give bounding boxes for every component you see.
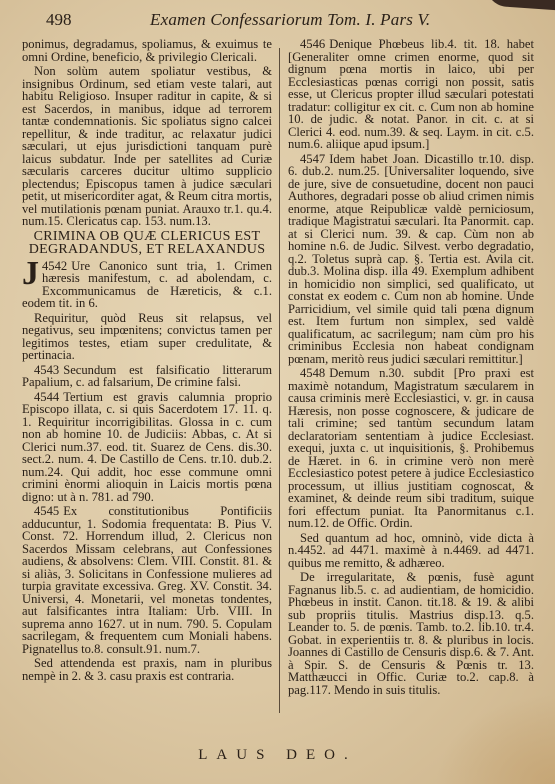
running-title: Examen Confessariorum Tom. I. Pars V.: [150, 10, 430, 30]
numbered-section-4544: 4544Tertium est gravis calumnia proprio …: [22, 391, 272, 504]
page-header: 498 Examen Confessariorum Tom. I. Pars V…: [0, 6, 555, 36]
section-text: Idem habet Joan. Dicastillo tr.10. disp.…: [288, 152, 534, 366]
page-number: 498: [46, 10, 72, 30]
paragraph: ponimus, degradamus, spoliamus, & exuimu…: [22, 38, 272, 63]
numbered-section-4543: 4543Secundum est falsificatio litterarum…: [22, 364, 272, 389]
section-text: Secundum est falsificatio litterarum Pap…: [22, 363, 272, 390]
section-text: Denique Phœbeus lib.4. tit. 18. habet [G…: [288, 37, 534, 151]
closing-text: LAUS DEO.: [0, 747, 555, 764]
numbered-section-4547: 4547Idem habet Joan. Dicastillo tr.10. d…: [288, 153, 534, 366]
section-heading: CRIMINA OB QUÆ CLERICUS EST DEGRADANDUS,…: [22, 230, 272, 256]
paragraph: Sed quantum ad hoc, omninò, vide dicta à…: [288, 532, 534, 570]
numbered-section-4546: 4546Denique Phœbeus lib.4. tit. 18. habe…: [288, 38, 534, 151]
paragraph: De irregularitate, & pœnis, fusè agunt F…: [288, 571, 534, 696]
drop-cap: J: [22, 260, 39, 288]
section-text: Ex constitutionibus Pontificiis adducunt…: [22, 504, 272, 656]
section-text: Tertium est gravis calumnia proprio Epis…: [22, 390, 272, 504]
numbered-section-4548: 4548Demum n.30. subdit [Pro praxi est ma…: [288, 367, 534, 530]
paragraph: Requiritur, quòd Reus sit relapsus, vel …: [22, 312, 272, 362]
numbered-section-4545: 4545Ex constitutionibus Pontificiis addu…: [22, 505, 272, 655]
column-divider: [279, 48, 280, 713]
paper-stain: [435, 694, 555, 784]
paragraph: Sed attendenda est praxis, nam in plurib…: [22, 657, 272, 682]
numbered-section-4542: 4542JUre Canonico sunt tria, 1. Crimen h…: [22, 260, 272, 310]
right-column: 4546Denique Phœbeus lib.4. tit. 18. habe…: [288, 38, 534, 698]
paragraph: Non solùm autem spoliatur vestibus, & in…: [22, 65, 272, 228]
left-column: ponimus, degradamus, spoliamus, & exuimu…: [22, 38, 272, 684]
section-text: Demum n.30. subdit [Pro praxi est maximè…: [288, 366, 534, 530]
